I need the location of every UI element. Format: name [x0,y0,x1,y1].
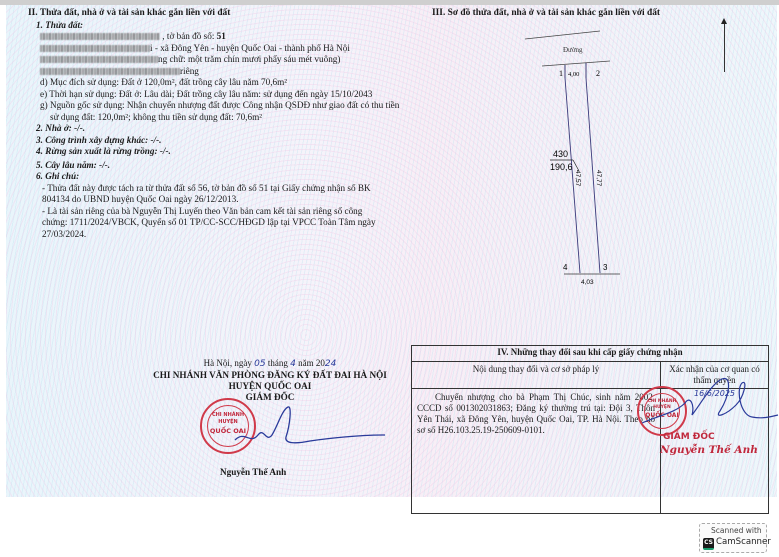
redacted-text [40,45,150,52]
address-line: i - xã Đông Yên - huyện Quốc Oai - thành… [40,43,408,55]
area-line: ng chữ: một trăm chín mươi phẩy sáu mét … [40,54,408,66]
issue-date: Hà Nội, ngày 05 tháng 4 năm 2024 [120,358,420,370]
issuer-org-line2: HUYỆN QUỐC OAI [120,381,420,392]
corner-1: 1 [559,69,563,78]
usage-purpose: d) Mục đích sử dụng: Đất ở 120,0m², đất … [40,77,408,89]
parcel-number: 430 [553,149,568,159]
camscanner-logo-icon: CS [703,538,714,550]
issuer-signature-block: Hà Nội, ngày 05 tháng 4 năm 2024 CHI NHÁ… [120,358,420,403]
note-1: - Thửa đất này được tách ra từ thửa đất … [42,183,408,206]
corner-4: 4 [563,263,568,272]
edge-right-length: 47,77 [595,170,602,187]
edge-left-length: 47,57 [574,170,581,187]
item-1-label: 1. Thửa đất: [36,20,408,32]
item-3-other-construction: 3. Công trình xây dựng khác: -/-. [36,135,408,147]
redacted-text [40,56,158,63]
redacted-text [40,33,160,40]
redacted-text [40,68,180,75]
parcel-area: 190,6 [550,162,573,172]
parcel-number-line: , tờ bản đồ số: 51 [40,31,408,43]
corner-3: 3 [603,263,608,272]
column-header-content: Nội dung thay đổi và cơ sở pháp lý [412,362,661,389]
issuer-position: GIÁM ĐỐC [120,392,420,403]
section-3-title: III. Sơ đồ thửa đất, nhà ở và tài sản kh… [432,8,660,18]
usage-form-line: riêng [40,66,408,78]
section-4-title: IV. Những thay đổi sau khi cấp giấy chứn… [412,346,769,362]
confirmation-signature-icon [640,375,779,435]
change-content: Chuyển nhượng cho bà Phạm Thị Chúc, sinh… [412,389,661,514]
item-5-perennial-trees: 5. Cây lâu năm: -/-. [36,160,408,172]
camscanner-watermark: Scanned with CS CamScanner [699,523,767,553]
usage-term: e) Thời hạn sử dụng: Đất ở: Lâu dài; Đất… [40,89,408,101]
edge-bottom-length: 4,03 [581,279,594,286]
confirmation-signer-name: Nguyễn Thế Anh [660,444,758,456]
note-2: - Là tài sản riêng của bà Nguyễn Thị Luy… [42,206,408,241]
corner-2: 2 [596,69,600,78]
confirmation-position: GIÁM ĐỐC [663,432,715,442]
section-2-land-parcel: II. Thửa đất, nhà ở và tài sản khác gắn … [28,8,408,240]
signer-name: Nguyễn Thế Anh [220,467,286,477]
road-label: Đường [563,46,583,54]
north-arrow-icon [724,22,725,72]
section-2-title: II. Thửa đất, nhà ở và tài sản khác gắn … [28,8,408,20]
edge-top-length: 4,00 [568,71,579,78]
signature-icon [230,405,390,455]
item-4-production-forest: 4. Rừng sản xuất là rừng trồng: -/-. [36,146,408,158]
parcel-diagram: Đường 1 2 4,00 4 3 4,03 430 190,6 47,57 … [520,20,680,295]
item-6-notes-label: 6. Ghi chú: [36,171,408,183]
item-2-house: 2. Nhà ở: -/-. [36,123,408,135]
map-sheet-number: 51 [217,31,226,41]
usage-origin: g) Nguồn gốc sử dụng: Nhận chuyển nhượng… [40,100,408,123]
issuer-org-line1: CHI NHÁNH VĂN PHÒNG ĐĂNG KÝ ĐẤT ĐAI HÀ N… [120,370,420,381]
